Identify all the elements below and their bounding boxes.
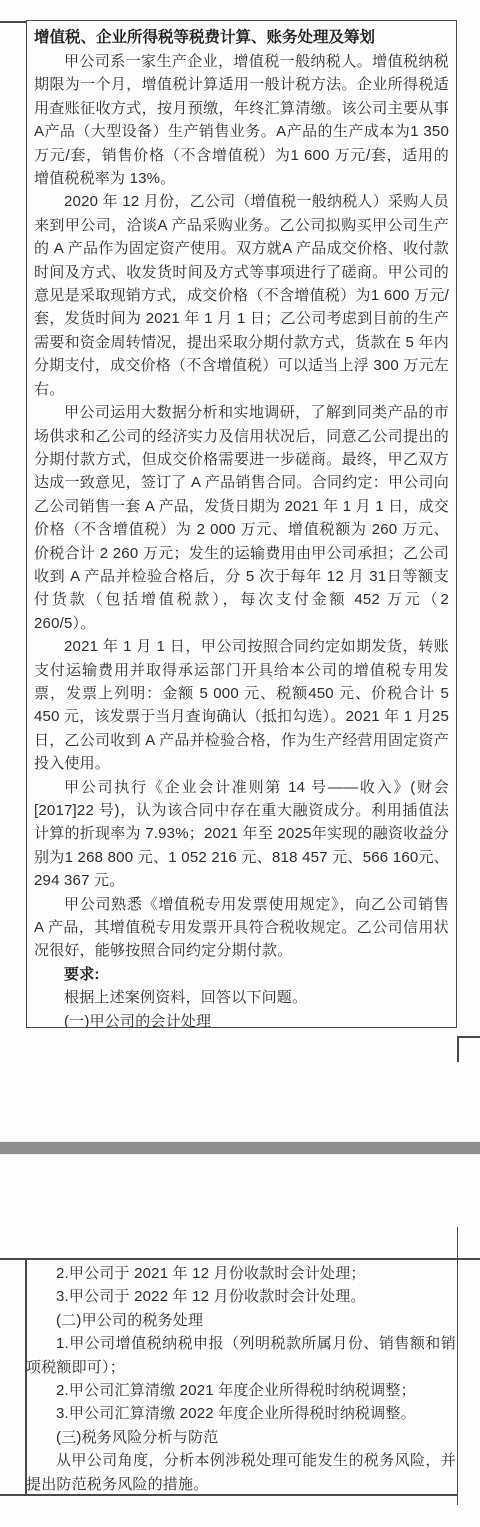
table-border-fragment-corner-horizontal [457,1036,480,1038]
question-part2-item2: 2.甲公司汇算清缴 2021 年度企业所得税时纳税调整； [26,1379,456,1402]
case-paragraph-1: 甲公司系一家生产企业，增值税一般纳税人。增值税纳税期限为一个月，增值税计算适用一… [34,50,449,190]
case-paragraph-6: 甲公司熟悉《增值税专用发票使用规定》，向乙公司销售 A 产品，其增值税专用发票开… [34,893,449,963]
question-part3-heading: (三)税务风险分析与防范 [26,1426,456,1449]
case-title: 增值税、企业所得税等税费计算、账务处理及筹划 [34,25,449,50]
scanned-document-page: 增值税、企业所得税等税费计算、账务处理及筹划 甲公司系一家生产企业，增值税一般纳… [0,0,480,1527]
question-part1-item2: 2.甲公司于 2021 年 12 月份收款时会计处理； [26,1262,456,1285]
question-part2-item1: 1.甲公司增值税纳税申报（列明税款所属月份、销售额和销项税额即可）； [26,1332,456,1379]
question-part1-item3: 3.甲公司于 2022 年 12 月份收款时会计处理。 [26,1285,456,1308]
question-part1-heading: (一)甲公司的会计处理 [34,1010,449,1028]
question-part2-item3: 3.甲公司汇算清缴 2022 年度企业所得税时纳税调整。 [26,1402,456,1425]
question-part2-heading: (二)甲公司的税务处理 [26,1309,456,1332]
question-part3-item1: 从甲公司角度，分析本例涉税处理可能发生的税务风险，并提出防范税务风险的措施。 [26,1449,456,1493]
case-paragraph-3: 甲公司运用大数据分析和实地调研，了解到同类产品的市场供求和乙公司的经济实力及信用… [34,401,449,635]
scan-separator-band [0,1142,480,1154]
requirements-label: 要求: [34,963,449,986]
case-paragraph-4: 2021 年 1 月 1 日，甲公司按照合同约定如期发货，转账支付运输费用并取得… [34,635,449,775]
table-border-top-second-block [0,1258,480,1260]
case-paragraph-5: 甲公司执行《企业会计准则第 14 号——收入》(财会[2017]22 号)，认为… [34,776,449,893]
table-border-fragment-top-left [0,21,27,23]
requirements-intro: 根据上述案例资料，回答以下问题。 [34,986,449,1009]
questions-continuation-cell: 2.甲公司于 2021 年 12 月份收款时会计处理； 3.甲公司于 2022 … [26,1262,457,1493]
table-border-bottom-second-block [0,1494,458,1496]
case-paragraph-2: 2020 年 12 月份，乙公司（增值税一般纳税人）采购人员来到甲公司，洽谈A … [34,190,449,401]
table-border-fragment-corner-vertical [457,1036,459,1062]
case-study-cell: 增值税、企业所得税等税费计算、账务处理及筹划 甲公司系一家生产企业，增值税一般纳… [26,20,457,1028]
